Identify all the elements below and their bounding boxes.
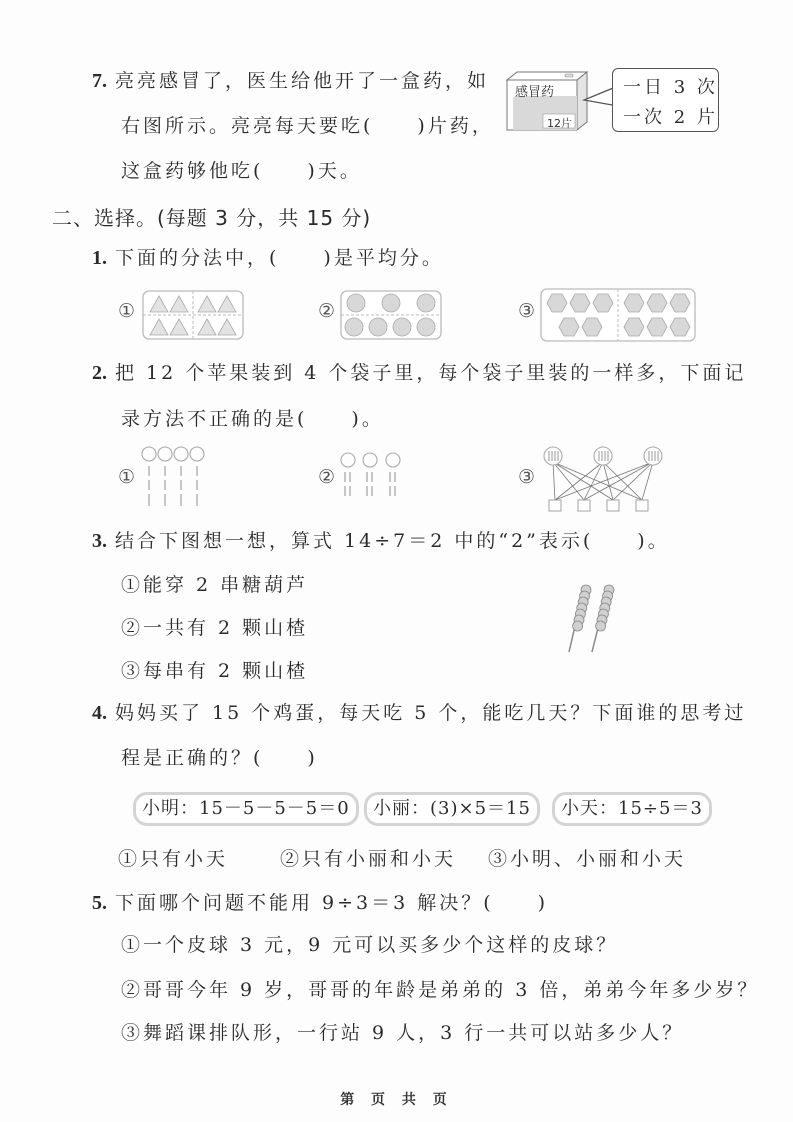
q1-option-1-figure [142, 290, 244, 344]
q5-option-2[interactable]: ②哥哥今年 9 岁，哥哥的年龄是弟弟的 3 倍，弟弟今年多少岁？ [121, 977, 759, 1003]
q3-question: 3.结合下图想一想，算式 14÷7＝2 中的“2”表示( )。 [92, 528, 670, 554]
q2-option-1-figure [140, 446, 212, 514]
q7-line3: 这盒药够他吃( )天。 [121, 158, 362, 184]
dosage-times: 一日 3 次 [623, 73, 718, 99]
q4-option-3[interactable]: ③小明、小丽和小天 [488, 846, 686, 872]
q4-line1: 4.妈妈买了 15 个鸡蛋，每天吃 5 个，能吃几天？下面谁的思考过 [92, 700, 746, 726]
q1-option-1-mark[interactable]: ① [118, 300, 135, 322]
q3-option-3[interactable]: ③每串有 2 颗山楂 [121, 658, 308, 684]
q2-line1: 2.把 12 个苹果装到 4 个袋子里，每个袋子里装的一样多，下面记 [92, 360, 746, 386]
q4-option-2[interactable]: ②只有小丽和小天 [280, 846, 456, 872]
q2-option-3-figure [540, 446, 670, 516]
q2-option-2-figure [338, 452, 410, 510]
medicine-count: 12片 [547, 115, 572, 131]
dosage-speech-bubble: 一日 3 次 一次 2 片 [612, 68, 719, 132]
q7-line2: 右图所示。亮亮每天要吃( )片药， [121, 113, 494, 139]
q4-line2: 程是正确的？( ) [121, 745, 318, 771]
q1-option-2-figure [340, 290, 442, 344]
medicine-label: 感冒药 [515, 81, 554, 100]
q7-line1: 7.亮亮感冒了，医生给他开了一盒药，如 [92, 68, 489, 94]
bags-with-strokes-icon [140, 446, 212, 510]
candied-haws-illustration [562, 582, 632, 658]
q2-line2: 录方法不正确的是( )。 [121, 406, 384, 432]
candied-haw-skewers-icon [562, 582, 632, 654]
hexagons-grid-icon [540, 288, 696, 342]
q4-option-1[interactable]: ①只有小天 [118, 846, 228, 872]
medicine-box-illustration: 感冒药 12片 [505, 70, 590, 132]
bags-with-pairs-icon [338, 452, 410, 506]
q3-option-1[interactable]: ①能穿 2 串糖葫芦 [121, 572, 308, 598]
q5-option-3[interactable]: ③舞蹈课排队形，一行站 9 人，3 行一共可以站多少人？ [121, 1020, 684, 1046]
triangles-grid-icon [142, 290, 244, 340]
apples-to-bags-connection-icon [540, 446, 670, 512]
q2-option-1-mark[interactable]: ① [118, 466, 135, 488]
circles-grid-icon [340, 290, 442, 340]
q5-question: 5.下面哪个问题不能用 9÷3＝3 解决？( ) [92, 890, 548, 916]
q7-number: 7. [92, 70, 107, 92]
q2-option-3-mark[interactable]: ③ [518, 466, 535, 488]
thought-xiaotian: 小天：15÷5＝3 [552, 792, 712, 826]
q1-option-2-mark[interactable]: ② [318, 300, 335, 322]
q1-option-3-figure [540, 288, 696, 346]
q1-option-3-mark[interactable]: ③ [518, 300, 535, 322]
dosage-amount: 一次 2 片 [623, 103, 718, 129]
q3-option-2[interactable]: ②一共有 2 颗山楂 [121, 615, 308, 641]
thought-xiaoli: 小丽：(3)×5＝15 [364, 792, 540, 826]
section-title: 二、选择。(每题 3 分，共 15 分) [52, 202, 371, 231]
q1-question: 1.下面的分法中，( )是平均分。 [92, 245, 444, 271]
page-footer: 第 页 共 页 [0, 1089, 793, 1109]
q2-option-2-mark[interactable]: ② [318, 466, 335, 488]
thought-xiaoming: 小明：15－5－5－5＝0 [133, 792, 359, 826]
q5-option-1[interactable]: ①一个皮球 3 元，9 元可以买多少个这样的皮球？ [121, 932, 618, 958]
